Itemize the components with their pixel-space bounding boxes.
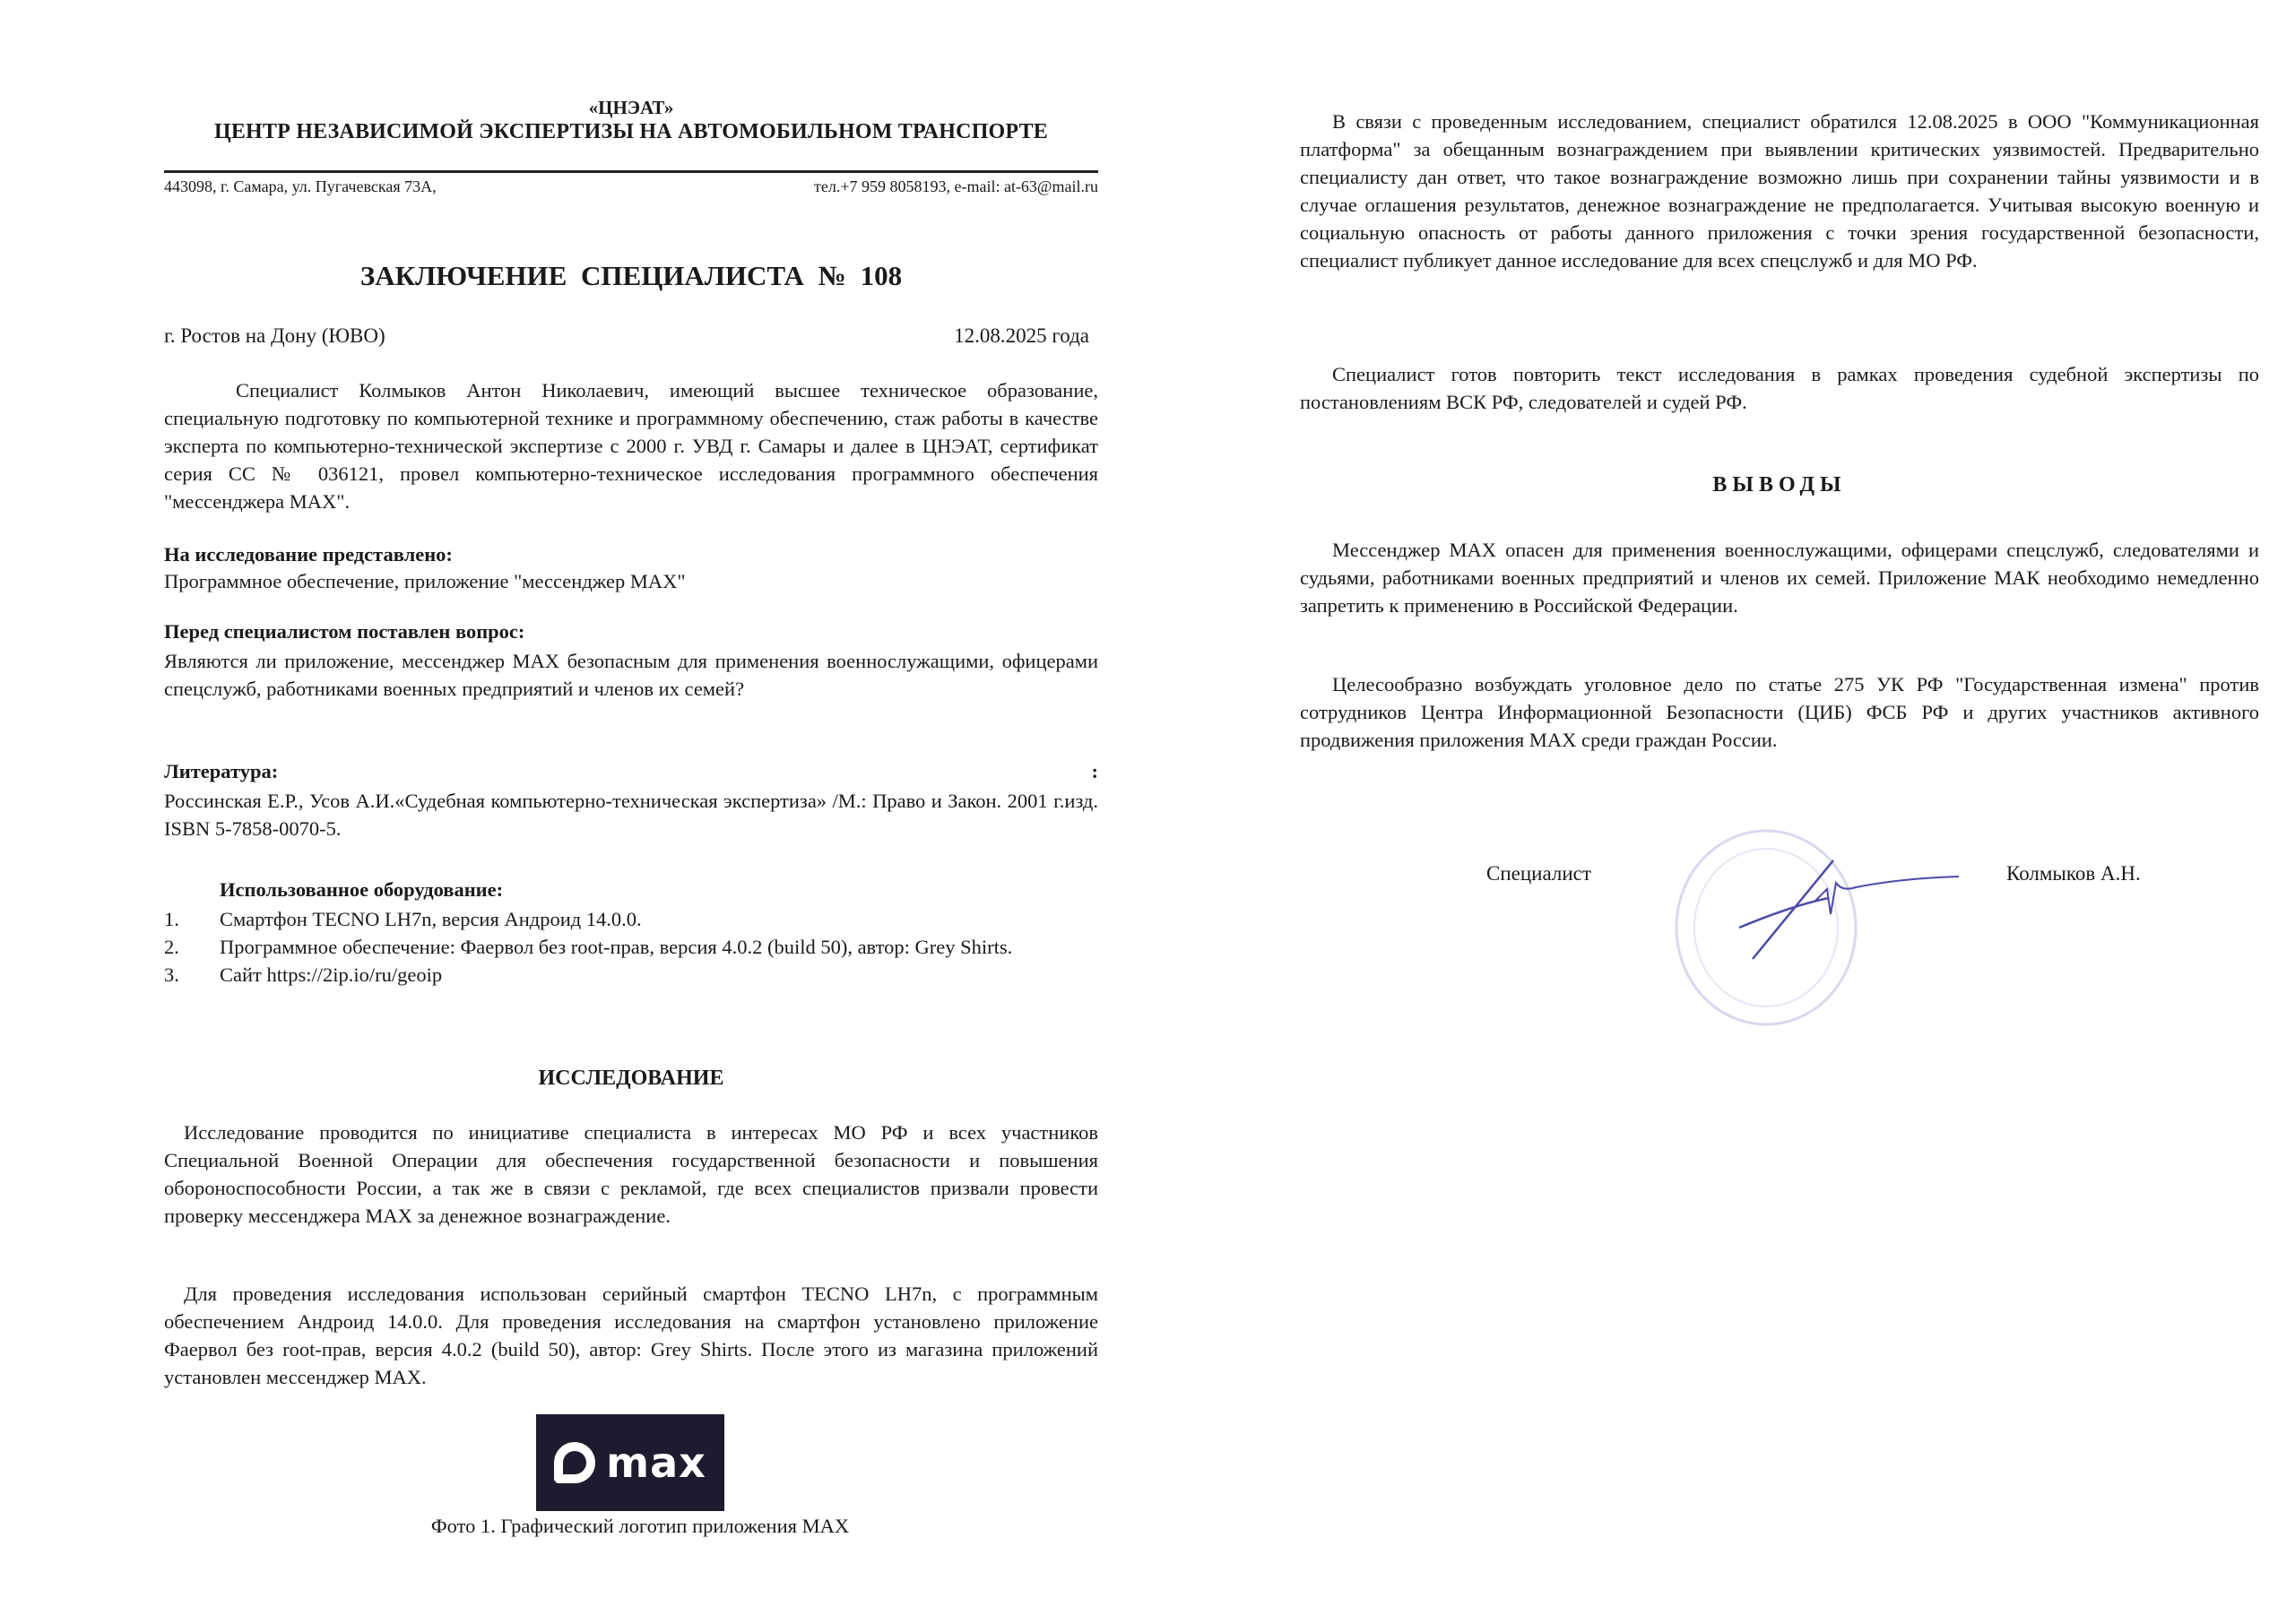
- question-text: Являются ли приложение, мессенджер MAX б…: [164, 647, 1098, 703]
- org-address: 443098, г. Самара, ул. Пугачевская 73А,: [164, 177, 437, 196]
- conclusions-paragraph-2: Целесообразно возбуждать уголовное дело …: [1300, 670, 2259, 754]
- submitted-label: На исследование представлено:: [164, 543, 453, 566]
- literature-colon: :: [1092, 760, 1099, 783]
- literature-label: Литература: :: [164, 760, 1098, 783]
- equipment-num: 2.: [164, 933, 179, 961]
- equipment-label: Использованное оборудование:: [220, 878, 503, 902]
- conclusions-paragraph-1: Мессенджер MAX опасен для применения вое…: [1300, 536, 2259, 619]
- document-city: г. Ростов на Дону (ЮВО): [164, 324, 385, 348]
- equipment-num: 1.: [164, 905, 179, 933]
- header-divider: [164, 170, 1098, 173]
- document-date: 12.08.2025 года: [954, 324, 1089, 348]
- signature-icon: [1730, 842, 1963, 977]
- org-contacts: тел.+7 959 8058193, e-mail: at-63@mail.r…: [814, 177, 1098, 196]
- question-label: Перед специалистом поставлен вопрос:: [164, 620, 524, 644]
- max-logo-image: max: [536, 1414, 724, 1511]
- org-short-name: «ЦНЭАТ»: [164, 97, 1098, 119]
- signature-role: Специалист: [1486, 862, 1591, 885]
- equipment-list: 1.Смартфон TECNO LH7n, версия Андроид 14…: [164, 905, 1098, 989]
- equipment-text: Сайт https://2ip.io/ru/geoip: [220, 963, 442, 986]
- photo-caption: Фото 1. Графический логотип приложения M…: [164, 1515, 1098, 1538]
- equipment-num: 3.: [164, 961, 179, 989]
- org-full-name: ЦЕНТР НЕЗАВИСИМОЙ ЭКСПЕРТИЗЫ НА АВТОМОБИ…: [164, 120, 1098, 144]
- signature-name: Колмыков А.Н.: [2006, 862, 2141, 885]
- equipment-text: Смартфон TECNO LH7n, версия Андроид 14.0…: [220, 908, 642, 930]
- conclusions-heading: ВЫВОДЫ: [1300, 473, 2259, 497]
- intro-paragraph: Специалист Колмыков Антон Николаевич, им…: [164, 376, 1098, 515]
- max-speech-bubble-icon: [554, 1442, 595, 1483]
- equipment-item: 3.Сайт https://2ip.io/ru/geoip: [164, 961, 1098, 989]
- research-paragraph-1: Исследование проводится по инициативе сп…: [164, 1119, 1098, 1230]
- court-paragraph: Специалист готов повторить текст исследо…: [1300, 360, 2259, 416]
- max-logo-text: max: [606, 1442, 706, 1483]
- document-title: ЗАКЛЮЧЕНИЕ СПЕЦИАЛИСТА № 108: [164, 260, 1098, 292]
- literature-label-text: Литература:: [164, 760, 278, 782]
- equipment-item: 2.Программное обеспечение: Фаервол без r…: [164, 933, 1098, 961]
- reward-paragraph: В связи с проведенным исследованием, спе…: [1300, 108, 2259, 274]
- research-heading: ИССЛЕДОВАНИЕ: [164, 1067, 1098, 1091]
- literature-text: Россинская Е.Р., Усов А.И.«Судебная комп…: [164, 787, 1098, 842]
- submitted-text: Программное обеспечение, приложение "мес…: [164, 570, 686, 593]
- research-paragraph-2: Для проведения исследования использован …: [164, 1280, 1098, 1391]
- equipment-item: 1.Смартфон TECNO LH7n, версия Андроид 14…: [164, 905, 1098, 933]
- equipment-text: Программное обеспечение: Фаервол без roo…: [220, 936, 1012, 958]
